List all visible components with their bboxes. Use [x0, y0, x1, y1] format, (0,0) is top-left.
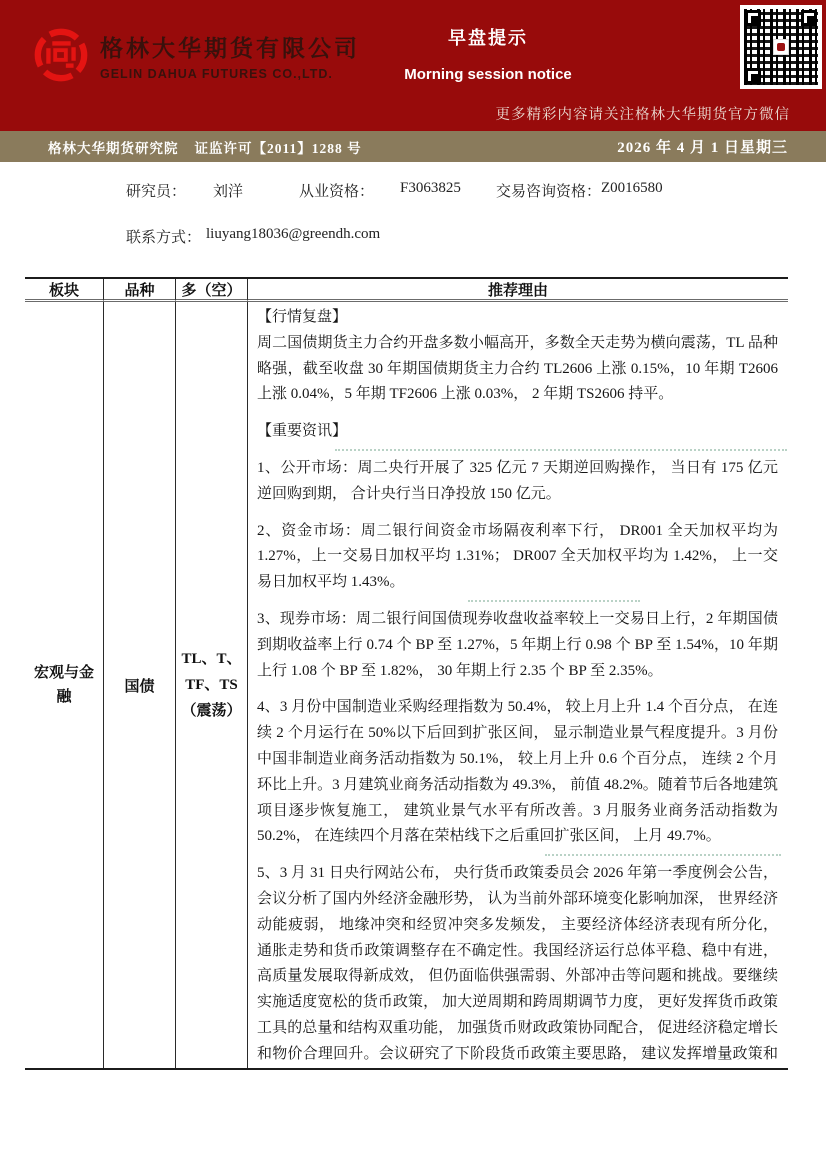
- qr-finder-icon: [745, 10, 761, 26]
- company-logo-icon: [32, 26, 90, 84]
- qualification-number: F3063825: [400, 180, 496, 201]
- column-header-reason: 推荐理由: [248, 279, 788, 302]
- wechat-qr-code: [740, 5, 822, 89]
- news-paragraph-1: 1、公开市场：周二央行开展了 325 亿元 7 天期逆回购操作， 当日有 175…: [257, 456, 778, 508]
- qr-center-logo-icon: [773, 39, 789, 55]
- license-number: 证监许可【2011】1288 号: [195, 137, 362, 157]
- contact-email: liuyang18036@greendh.com: [206, 226, 380, 247]
- researcher-label: 研究员：: [126, 180, 213, 201]
- company-brand: 格林大华期货有限公司 GELIN DAHUA FUTURES CO.,LTD.: [100, 30, 360, 81]
- cell-reason: 【行情复盘】 周二国债期货主力合约开盘多数小幅高开，多数全天走势为横向震荡，TL…: [248, 302, 788, 1068]
- notice-title: 早盘提示 Morning session notice: [398, 24, 578, 83]
- news-paragraph-3: 3、现券市场：周二银行间国债现券收盘收益率较上一交易日上行，2 年期国债到期收益…: [257, 607, 778, 684]
- column-header-position: 多（空）: [176, 279, 248, 302]
- researcher-name: 刘洋: [213, 180, 299, 201]
- qr-finder-icon: [745, 68, 761, 84]
- column-header-variety: 品种: [104, 279, 176, 302]
- qualification-label: 从业资格：: [299, 180, 400, 201]
- recommendation-table: 板块 品种 多（空） 推荐理由 宏观与金融 国债 TL、T、 TF、TS （震荡…: [25, 277, 788, 1070]
- researcher-info-line: 研究员： 刘洋 从业资格： F3063825 交易咨询资格： Z0016580: [126, 180, 663, 201]
- news-paragraph-4: 4、3 月份中国制造业采购经理指数为 50.4%， 较上月上升 1.4 个百分点…: [257, 695, 778, 850]
- institute-name: 格林大华期货研究院: [48, 137, 179, 157]
- institute-license: 格林大华期货研究院 证监许可【2011】1288 号: [48, 137, 362, 157]
- company-name-cn: 格林大华期货有限公司: [100, 30, 360, 63]
- contact-label: 联系方式：: [126, 226, 206, 247]
- dotted-separator: [545, 854, 781, 856]
- section-heading-recap: 【行情复盘】: [257, 305, 778, 331]
- advisory-number: Z0016580: [601, 180, 663, 201]
- cell-position: TL、T、 TF、TS （震荡）: [176, 302, 248, 1068]
- section-heading-news: 【重要资讯】: [257, 419, 778, 445]
- wechat-follow-note: 更多精彩内容请关注格林大华期货官方微信: [496, 103, 791, 124]
- cell-sector: 宏观与金融: [25, 302, 104, 1068]
- morning-notice-page: 格林大华期货有限公司 GELIN DAHUA FUTURES CO.,LTD. …: [0, 0, 826, 1169]
- news-paragraph-5: 5、3 月 31 日央行网站公布， 央行货币政策委员会 2026 年第一季度例会…: [257, 861, 778, 1068]
- column-header-sector: 板块: [25, 279, 104, 302]
- subheader-bar: 格林大华期货研究院 证监许可【2011】1288 号 2026 年 4 月 1 …: [0, 131, 826, 162]
- qr-finder-icon: [801, 10, 817, 26]
- news-paragraph-2: 2、资金市场：周二银行间资金市场隔夜利率下行， DR001 全天加权平均为 1.…: [257, 519, 778, 596]
- advisory-label: 交易咨询资格：: [496, 180, 601, 201]
- dotted-separator: [335, 449, 787, 451]
- masthead: 格林大华期货有限公司 GELIN DAHUA FUTURES CO.,LTD. …: [0, 0, 826, 131]
- dotted-separator: [468, 600, 640, 602]
- company-name-en: GELIN DAHUA FUTURES CO.,LTD.: [100, 67, 360, 81]
- contact-info-line: 联系方式： liuyang18036@greendh.com: [126, 226, 380, 247]
- report-date: 2026 年 4 月 1 日星期三: [617, 136, 788, 157]
- notice-title-en: Morning session notice: [398, 66, 578, 83]
- notice-title-cn: 早盘提示: [398, 24, 578, 50]
- recap-paragraph: 周二国债期货主力合约开盘多数小幅高开，多数全天走势为横向震荡，TL 品种略强，截…: [257, 331, 778, 408]
- cell-variety: 国债: [104, 302, 176, 1068]
